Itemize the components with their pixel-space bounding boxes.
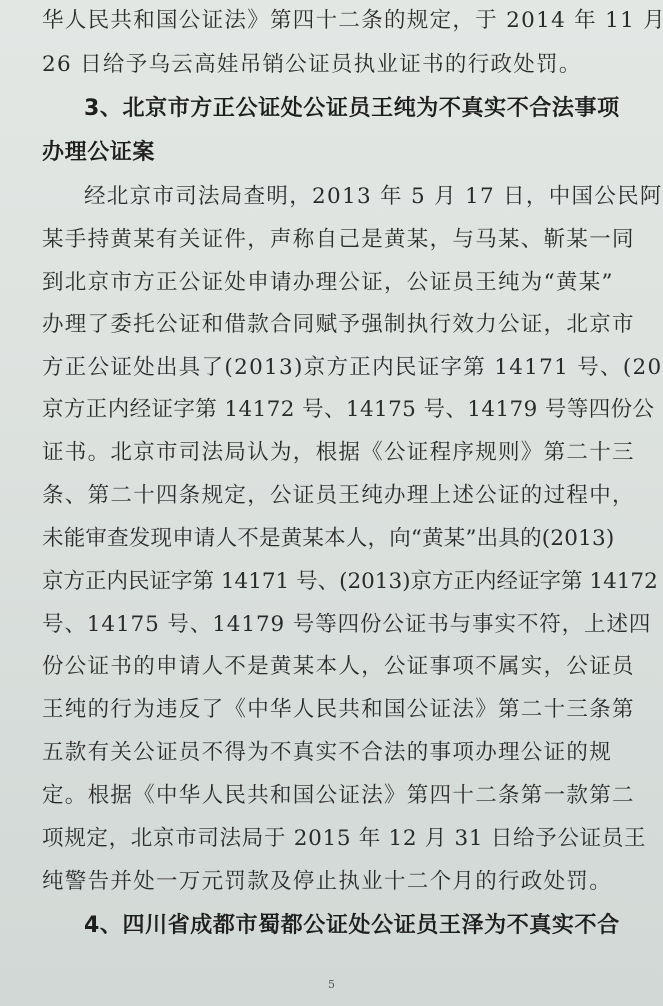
body-text-line: 方正公证处出具了(2013)京方正内民证字第 14171 号、(2013) — [42, 353, 663, 383]
body-text-line: 项规定，北京市司法局于 2015 年 12 月 31 日给予公证员王 — [42, 824, 646, 854]
page-number: 5 — [0, 978, 663, 991]
body-text-line: 证书。北京市司法局认为，根据《公证程序规则》第二十三 — [42, 438, 635, 468]
body-text-line: 26 日给予乌云高娃吊销公证员执业证书的行政处罚。 — [42, 50, 582, 80]
body-text-line: 经北京市司法局查明，2013 年 5 月 17 日，中国公民阿 — [84, 182, 663, 212]
body-text-line: 号、14175 号、14179 号等四份公证书与事实不符，上述四 — [42, 610, 651, 640]
body-text-line: 办理了委托公证和借款合同赋予强制执行效力公证，北京市 — [42, 310, 635, 340]
body-text-line: 份公证书的申请人不是黄某本人，公证事项不属实，公证员 — [42, 652, 635, 682]
body-text-line: 某手持黄某有关证件，声称自己是黄某，与马某、靳某一同 — [42, 225, 635, 255]
body-text-line: 未能审查发现申请人不是黄某本人，向“黄某”出具的(2013) — [42, 524, 614, 554]
body-text-line: 华人民共和国公证法》第四十二条的规定，于 2014 年 11 月 — [42, 6, 663, 36]
body-text-line: 条、第二十四条规定，公证员王纯办理上述公证的过程中， — [42, 481, 635, 511]
body-text-line: 五款有关公证员不得为不真实不合法的事项办理公证的规 — [42, 738, 612, 768]
body-text-line: 到北京市方正公证处申请办理公证，公证员王纯为“黄某” — [42, 268, 614, 298]
body-text-line: 京方正内民证字第 14171 号、(2013)京方正内经证字第 14172 — [42, 567, 658, 597]
body-text-line: 京方正内经证字第 14172 号、14175 号、14179 号等四份公 — [42, 395, 654, 425]
body-text-line: 纯警告并处一万元罚款及停止执业十二个月的行政处罚。 — [42, 867, 612, 897]
document-page: 华人民共和国公证法》第四十二条的规定，于 2014 年 11 月 26 日给予乌… — [0, 0, 663, 1006]
body-text-line: 定。根据《中华人民共和国公证法》第四十二条第一款第二 — [42, 781, 635, 811]
body-text-line: 王纯的行为违反了《中华人民共和国公证法》第二十三条第 — [42, 695, 635, 725]
section-heading: 3、北京市方正公证处公证员王纯为不真实不合法事项 — [84, 94, 620, 124]
section-heading: 办理公证案 — [42, 138, 155, 168]
section-heading: 4、四川省成都市蜀都公证处公证员王泽为不真实不合 — [84, 911, 620, 941]
